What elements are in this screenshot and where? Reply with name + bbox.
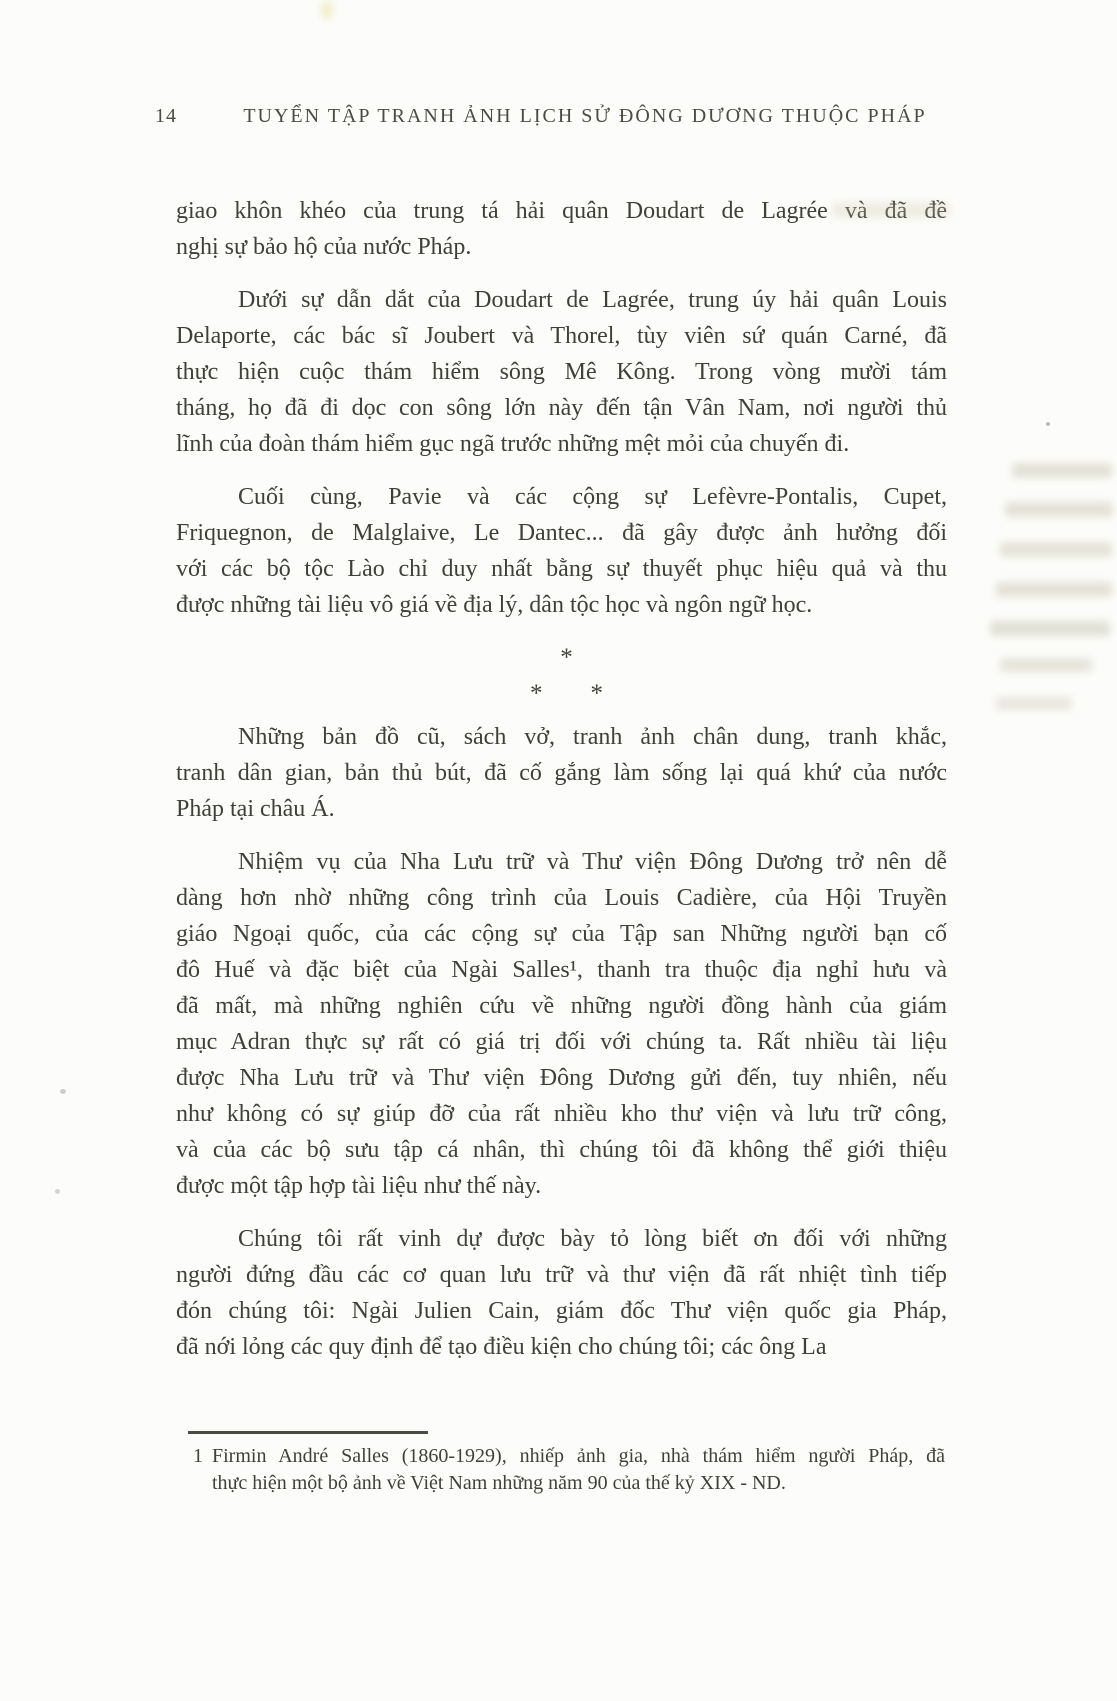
bleedthrough-smudge [996,582,1112,597]
body-line: tranh dân gian, bản thủ bút, đã cố gắng … [176,755,947,791]
body-line: và của các bộ sưu tập cá nhân, thì chúng… [176,1132,947,1168]
body-line: đã mất, mà những nghiên cứu về những ngư… [176,988,947,1024]
star: * [186,640,947,676]
body-line: giáo Ngoại quốc, của các cộng sự của Tập… [176,916,947,952]
body-line: được những tài liệu vô giá về địa lý, dâ… [176,587,947,623]
scan-speck [55,1189,60,1194]
star: * [530,676,543,712]
book-page: 14 TUYỂN TẬP TRANH ẢNH LỊCH SỬ ĐÔNG DƯƠN… [0,0,1117,1701]
body-line: Pháp tại châu Á. [176,791,947,827]
bleedthrough-smudge [1005,502,1113,517]
body-line: được một tập hợp tài liệu như thế này. [176,1168,947,1204]
body-line: dàng hơn nhờ những công trình của Louis … [176,880,947,916]
bleedthrough-smudge [322,2,332,18]
body-line: đô Huế và đặc biệt của Ngài Salles¹, tha… [176,952,947,988]
paragraph: Những bản đồ cũ, sách vở, tranh ảnh chân… [176,719,947,827]
body-line: đã nới lỏng các quy định để tạo điều kiệ… [176,1329,947,1365]
bleedthrough-smudge [996,697,1072,710]
paragraph: Chúng tôi rất vinh dự được bày tỏ lòng b… [176,1221,947,1365]
body-line: Friquegnon, de Malglaive, Le Dantec... đ… [176,515,947,551]
body-line: đón chúng tôi: Ngài Julien Cain, giám đố… [176,1293,947,1329]
bleedthrough-smudge [1000,658,1092,672]
star: * [591,676,604,712]
body-line: Chúng tôi rất vinh dự được bày tỏ lòng b… [176,1221,947,1257]
scan-speck [60,1089,66,1094]
running-title: TUYỂN TẬP TRANH ẢNH LỊCH SỬ ĐÔNG DƯƠNG T… [201,102,947,130]
body-line: mục Adran thực sự rất có giá trị đối với… [176,1024,947,1060]
body-line: tháng, họ đã đi dọc con sông lớn này đến… [176,390,947,426]
paragraph: Cuối cùng, Pavie và các cộng sự Lefèvre-… [176,479,947,623]
paragraph: Dưới sự dẫn dắt của Doudart de Lagrée, t… [176,282,947,462]
footnote-text: Firmin André Salles (1860-1929), nhiếp ả… [212,1443,945,1470]
body-text: giao khôn khéo của trung tá hải quân Dou… [176,193,947,1382]
scan-speck [1046,422,1050,426]
footnote-marker: 1 [193,1443,203,1470]
body-line: nghị sự bảo hộ của nước Pháp. [176,229,947,265]
body-line: được Nha Lưu trữ và Thư viện Đông Dương … [176,1060,947,1096]
footnote-line: thực hiện một bộ ảnh về Việt Nam những n… [193,1470,945,1497]
body-line: Dưới sự dẫn dắt của Doudart de Lagrée, t… [176,282,947,318]
body-line: Nhiệm vụ của Nha Lưu trữ và Thư viện Đôn… [176,844,947,880]
footnote-line: 1 Firmin André Salles (1860-1929), nhiếp… [193,1443,945,1470]
body-line: với các bộ tộc Lào chỉ duy nhất bằng sự … [176,551,947,587]
paragraph: Nhiệm vụ của Nha Lưu trữ và Thư viện Đôn… [176,844,947,1204]
body-line: thực hiện cuộc thám hiểm sông Mê Kông. T… [176,354,947,390]
footnote-rule [188,1431,428,1434]
body-line: giao khôn khéo của trung tá hải quân Dou… [176,193,947,229]
body-line: như không có sự giúp đỡ của rất nhiều kh… [176,1096,947,1132]
bleedthrough-smudge [1012,463,1112,478]
paragraph: giao khôn khéo của trung tá hải quân Dou… [176,193,947,265]
star-separator: *** [176,640,947,712]
bleedthrough-smudge [990,621,1110,636]
footnote: 1 Firmin André Salles (1860-1929), nhiếp… [193,1431,945,1497]
bleedthrough-smudge [1000,542,1112,557]
star-pair: ** [186,676,947,712]
body-line: Delaporte, các bác sĩ Joubert và Thorel,… [176,318,947,354]
body-line: Những bản đồ cũ, sách vở, tranh ảnh chân… [176,719,947,755]
body-line: Cuối cùng, Pavie và các cộng sự Lefèvre-… [176,479,947,515]
body-line: lĩnh của đoàn thám hiểm gục ngã trước nh… [176,426,947,462]
page-header: 14 TUYỂN TẬP TRANH ẢNH LỊCH SỬ ĐÔNG DƯƠN… [155,102,947,130]
page-number: 14 [155,102,201,130]
body-line: người đứng đầu các cơ quan lưu trữ và th… [176,1257,947,1293]
